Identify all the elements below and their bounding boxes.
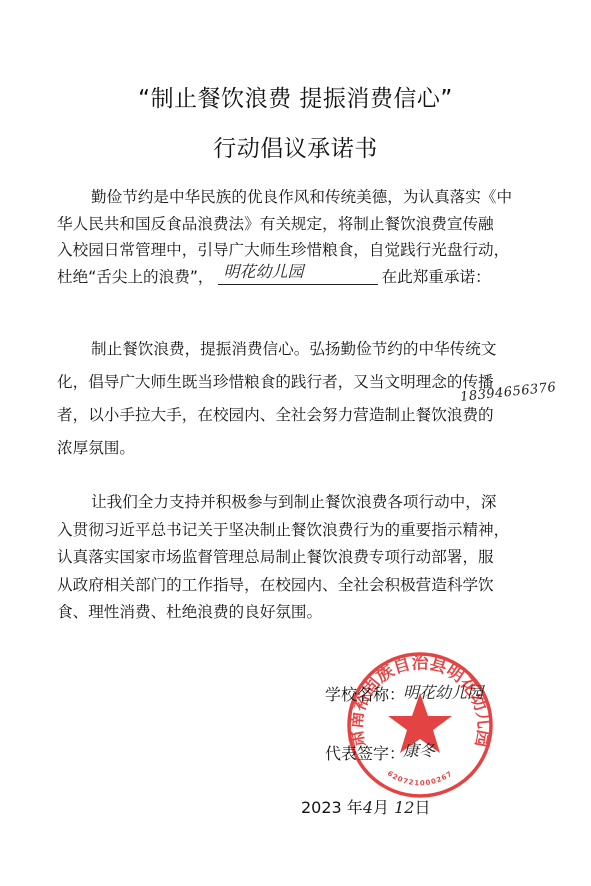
handwritten-representative-signature: 康冬 [403, 738, 435, 761]
svg-text:620721000267: 620721000267 [386, 769, 454, 787]
official-seal-icon: 肃南裕固族自治县明花幼儿园 620721000267 [345, 650, 495, 800]
paragraph-text: 杜绝“舌尖上的浪费”， [57, 268, 214, 286]
date-year: 2023 [301, 798, 342, 817]
date-month: 4 [363, 798, 373, 817]
paragraph-line: 从政府相关部门的工作指导，在校园内、全社会积极营造科学饮 [57, 572, 537, 600]
paragraph-line: 入贯彻习近平总书记关于坚决制止餐饮浪费行为的重要指示精神， [57, 517, 537, 545]
paragraph-text: 在此郑重承诺： [382, 268, 491, 286]
paragraph-line: 勤俭节约是中华民族的优良作风和传统美德，为认真落实《中 [57, 184, 537, 211]
seal-number: 620721000267 [386, 769, 454, 787]
title-line-1: “制止餐饮浪费 提振消费信心” [0, 80, 591, 113]
paragraph-line: 华人民共和国反食品浪费法》有关规定，将制止餐饮浪费宣传融 [57, 211, 537, 238]
school-name-blank[interactable]: 明花幼儿园 [218, 264, 378, 285]
paragraph-1: 勤俭节约是中华民族的优良作风和传统美德，为认真落实《中 华人民共和国反食品浪费法… [57, 184, 537, 290]
paragraph-line: 认真落实国家市场监督管理总局制止餐饮浪费专项行动部署，服 [57, 544, 537, 572]
date-month-suffix: 月 [373, 798, 394, 817]
school-name-label: 学校名称： [325, 682, 405, 705]
handwritten-school-name: 明花幼儿园 [224, 259, 304, 286]
paragraph-line: 杜绝“舌尖上的浪费”，明花幼儿园在此郑重承诺： [57, 264, 537, 291]
date-day-suffix: 日 [414, 798, 430, 817]
paragraph-line: 食、理性消费、杜绝浪费的良好氛围。 [57, 599, 537, 627]
paragraph-3: 让我们全力支持并积极参与到制止餐饮浪费各项行动中，深 入贯彻习近平总书记关于坚决… [57, 489, 537, 627]
paragraph-line: 浓厚氛围。 [57, 432, 537, 465]
title-line-2: 行动倡议承诺书 [0, 130, 591, 163]
paragraph-line: 让我们全力支持并积极参与到制止餐饮浪费各项行动中，深 [57, 489, 537, 517]
date-day: 12 [394, 798, 414, 817]
representative-signature-label: 代表签字： [325, 741, 405, 764]
document-date: 2023 年4月 12日 [301, 795, 430, 818]
paragraph-line: 制止餐饮浪费，提振消费信心。弘扬勤俭节约的中华传统文 [57, 333, 537, 366]
date-year-suffix: 年 [342, 798, 363, 817]
handwritten-school-signature: 明花幼儿园 [403, 680, 483, 703]
